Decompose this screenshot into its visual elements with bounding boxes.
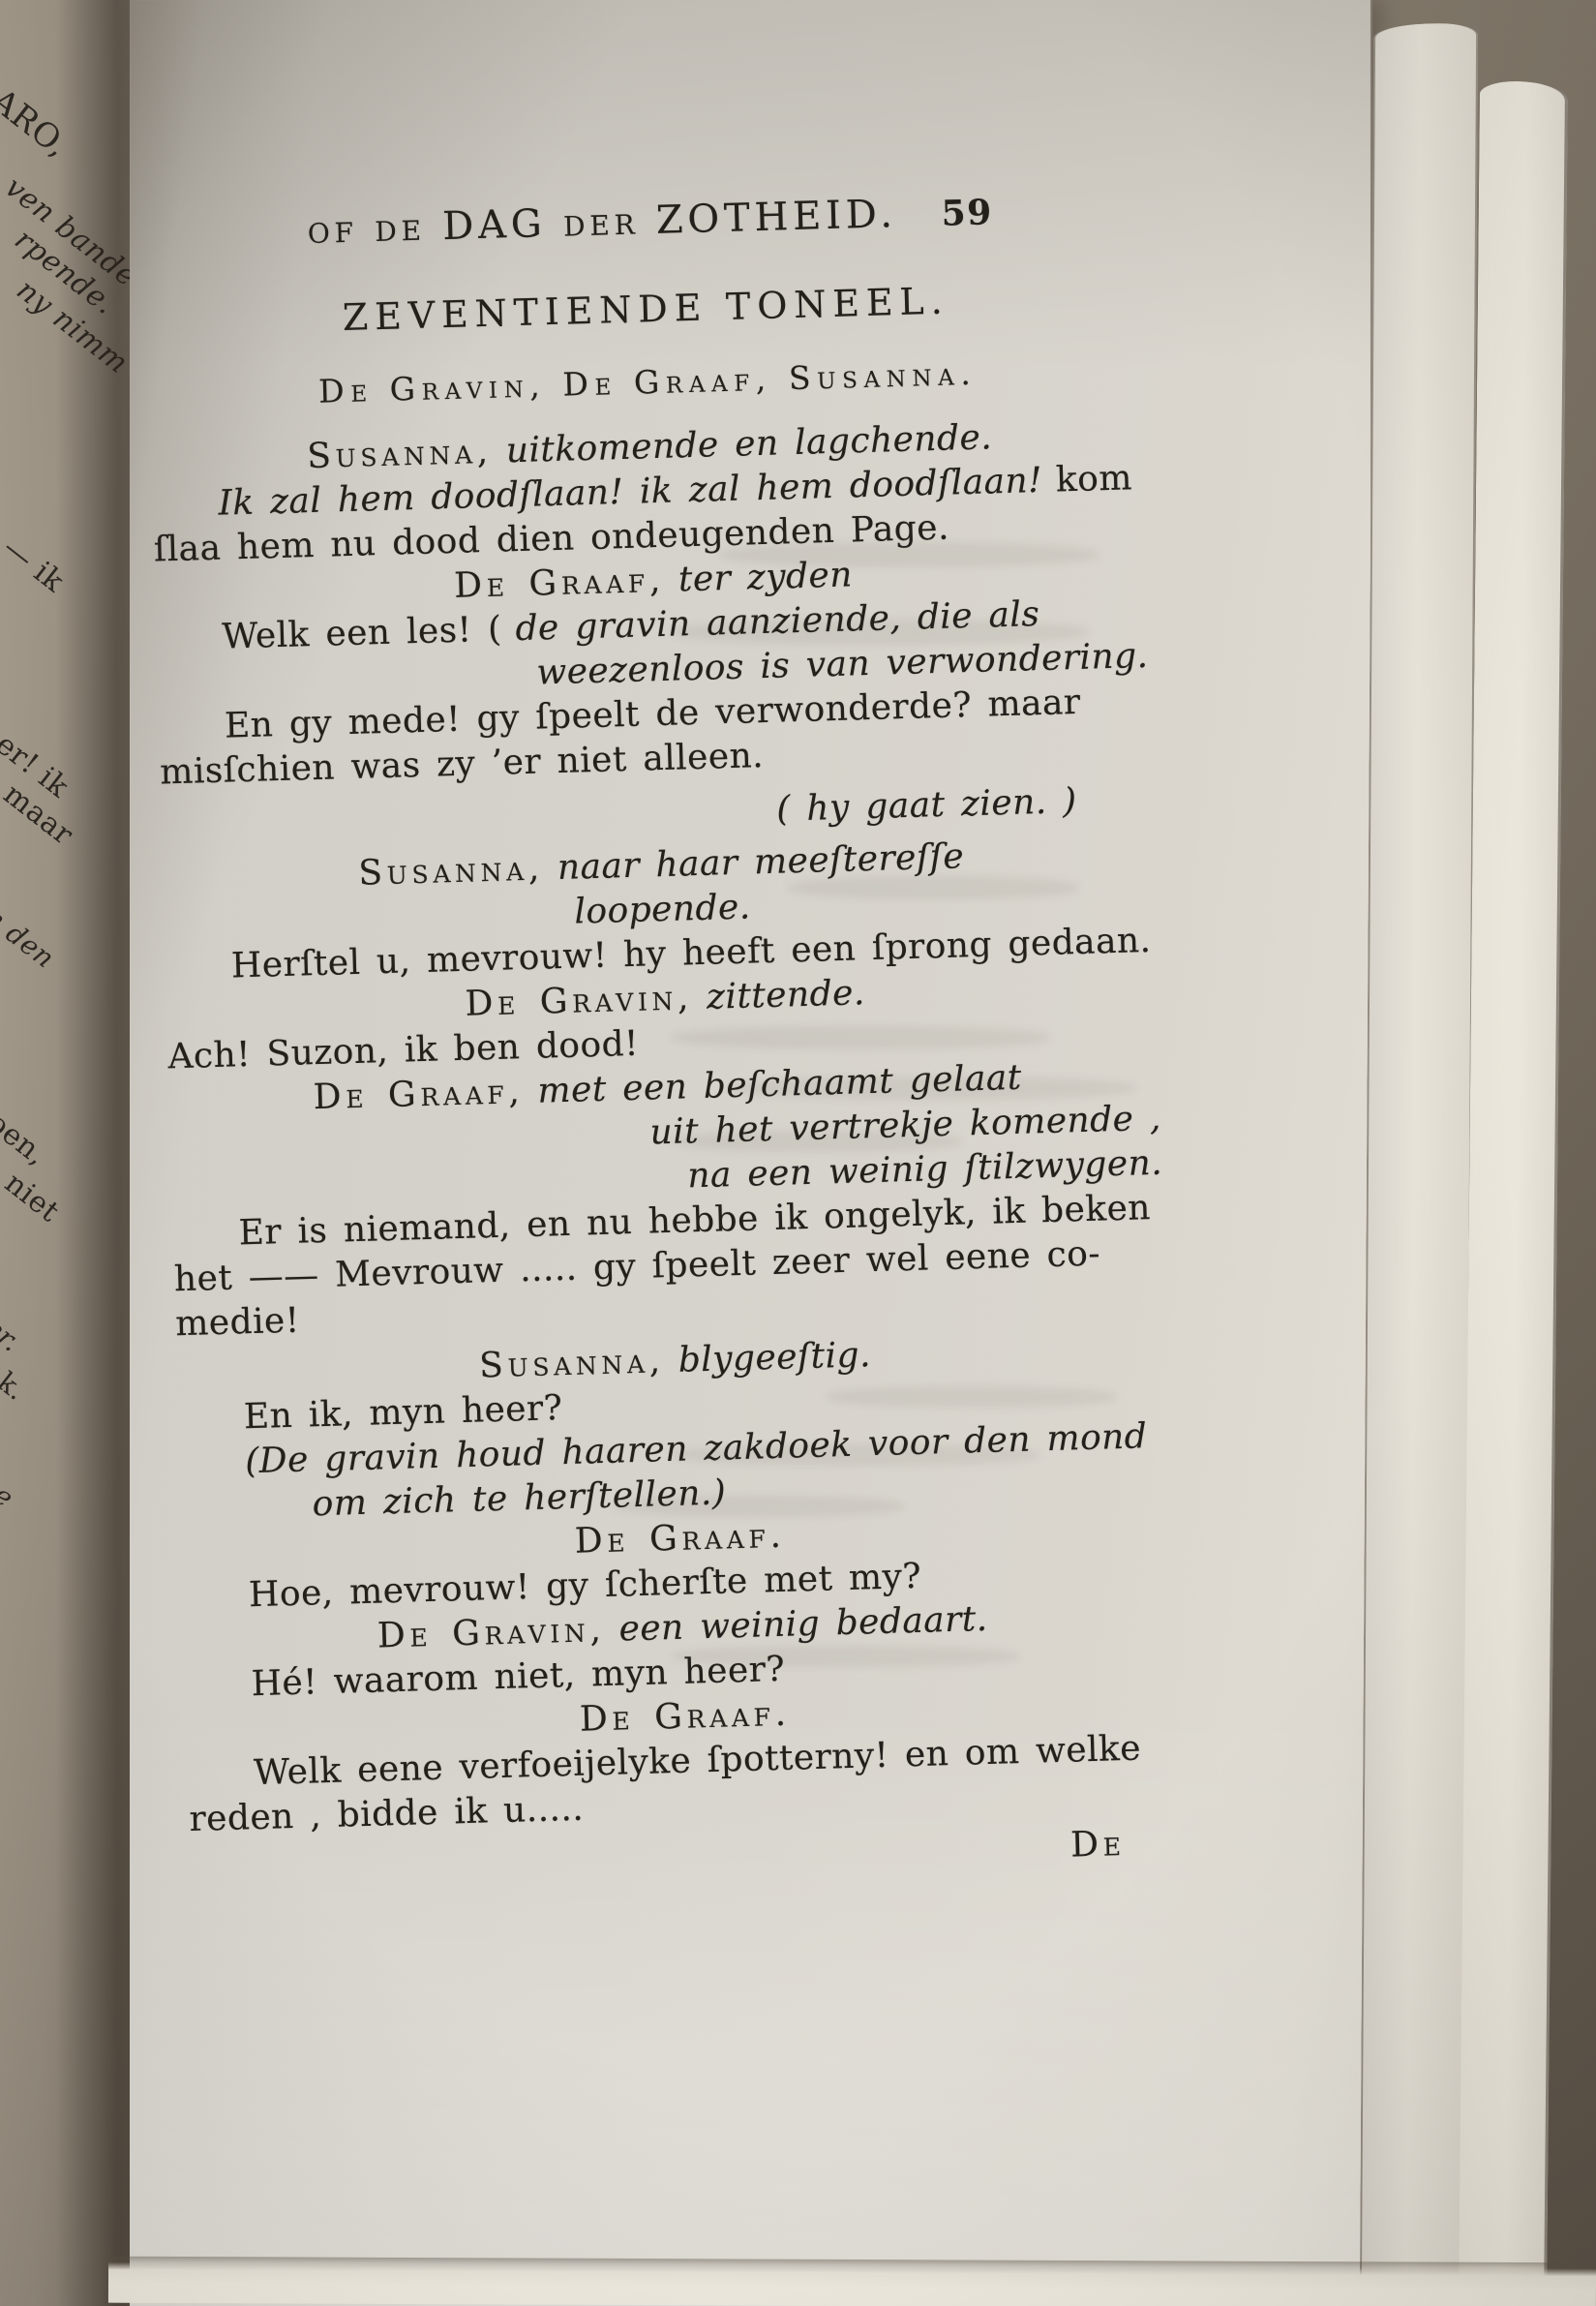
page-number: 59 (941, 192, 993, 233)
dialogue-text: Welk een les! ( (222, 610, 502, 657)
stage-direction: loopende. (574, 887, 751, 931)
dialogue-text: medie! (175, 1301, 300, 1345)
stage-direction: naar haar meeſtereſſe (557, 836, 964, 888)
scene-characters: De Gravin, De Graaf, Susanna. (149, 346, 1147, 420)
dialogue-text: kom (1055, 458, 1132, 500)
dialogue-block: Susanna,uitkomende en lagchende. Ik zal … (151, 411, 1189, 1893)
marginal-text-fragment: er. (0, 1311, 27, 1358)
marginal-text-fragment: ak. (0, 1355, 32, 1407)
speaker-name: De Gravin, (376, 1610, 606, 1656)
stage-direction: een weinig bedaart. (618, 1599, 988, 1650)
speaker-name: De Gravin, (465, 978, 694, 1024)
page-text-block: of de DAG der ZOTHEID. 59 ZEVENTIENDE TO… (144, 185, 1188, 1893)
speaker-name: De Graaf, (454, 561, 666, 606)
dialogue-text: En ik, myn heer? (243, 1388, 563, 1437)
speaker-name: De Graaf. (579, 1694, 791, 1740)
speaker-name: Susanna, (358, 848, 545, 893)
speaker-name: Susanna, (479, 1341, 666, 1385)
fore-edge-pages-band (1360, 23, 1478, 2306)
stage-direction: blygeeſtig. (678, 1335, 871, 1381)
bottom-page-edge (108, 2257, 1596, 2306)
marginal-text-fragment: n den (0, 900, 61, 975)
stage-direction: ter zyden (678, 555, 853, 599)
dialogue-text: reden , bidde ik u..... (189, 1789, 585, 1839)
catchword-text: De (1070, 1824, 1127, 1866)
marginal-text-fragment: te (0, 1472, 20, 1514)
scene-heading: ZEVENTIENDE TONEEL. (147, 270, 1145, 349)
book-photo: ARO, ven bande rpende. ny nimm n — ik ee… (0, 0, 1596, 2306)
stage-direction: zittende. (707, 973, 866, 1017)
speaker-name: Susanna, (307, 432, 494, 476)
stage-direction: ( hy gaat zien. ) (776, 781, 1077, 830)
speaker-name: De Graaf. (574, 1516, 786, 1562)
speaker-name: De Graaf, (313, 1072, 525, 1117)
